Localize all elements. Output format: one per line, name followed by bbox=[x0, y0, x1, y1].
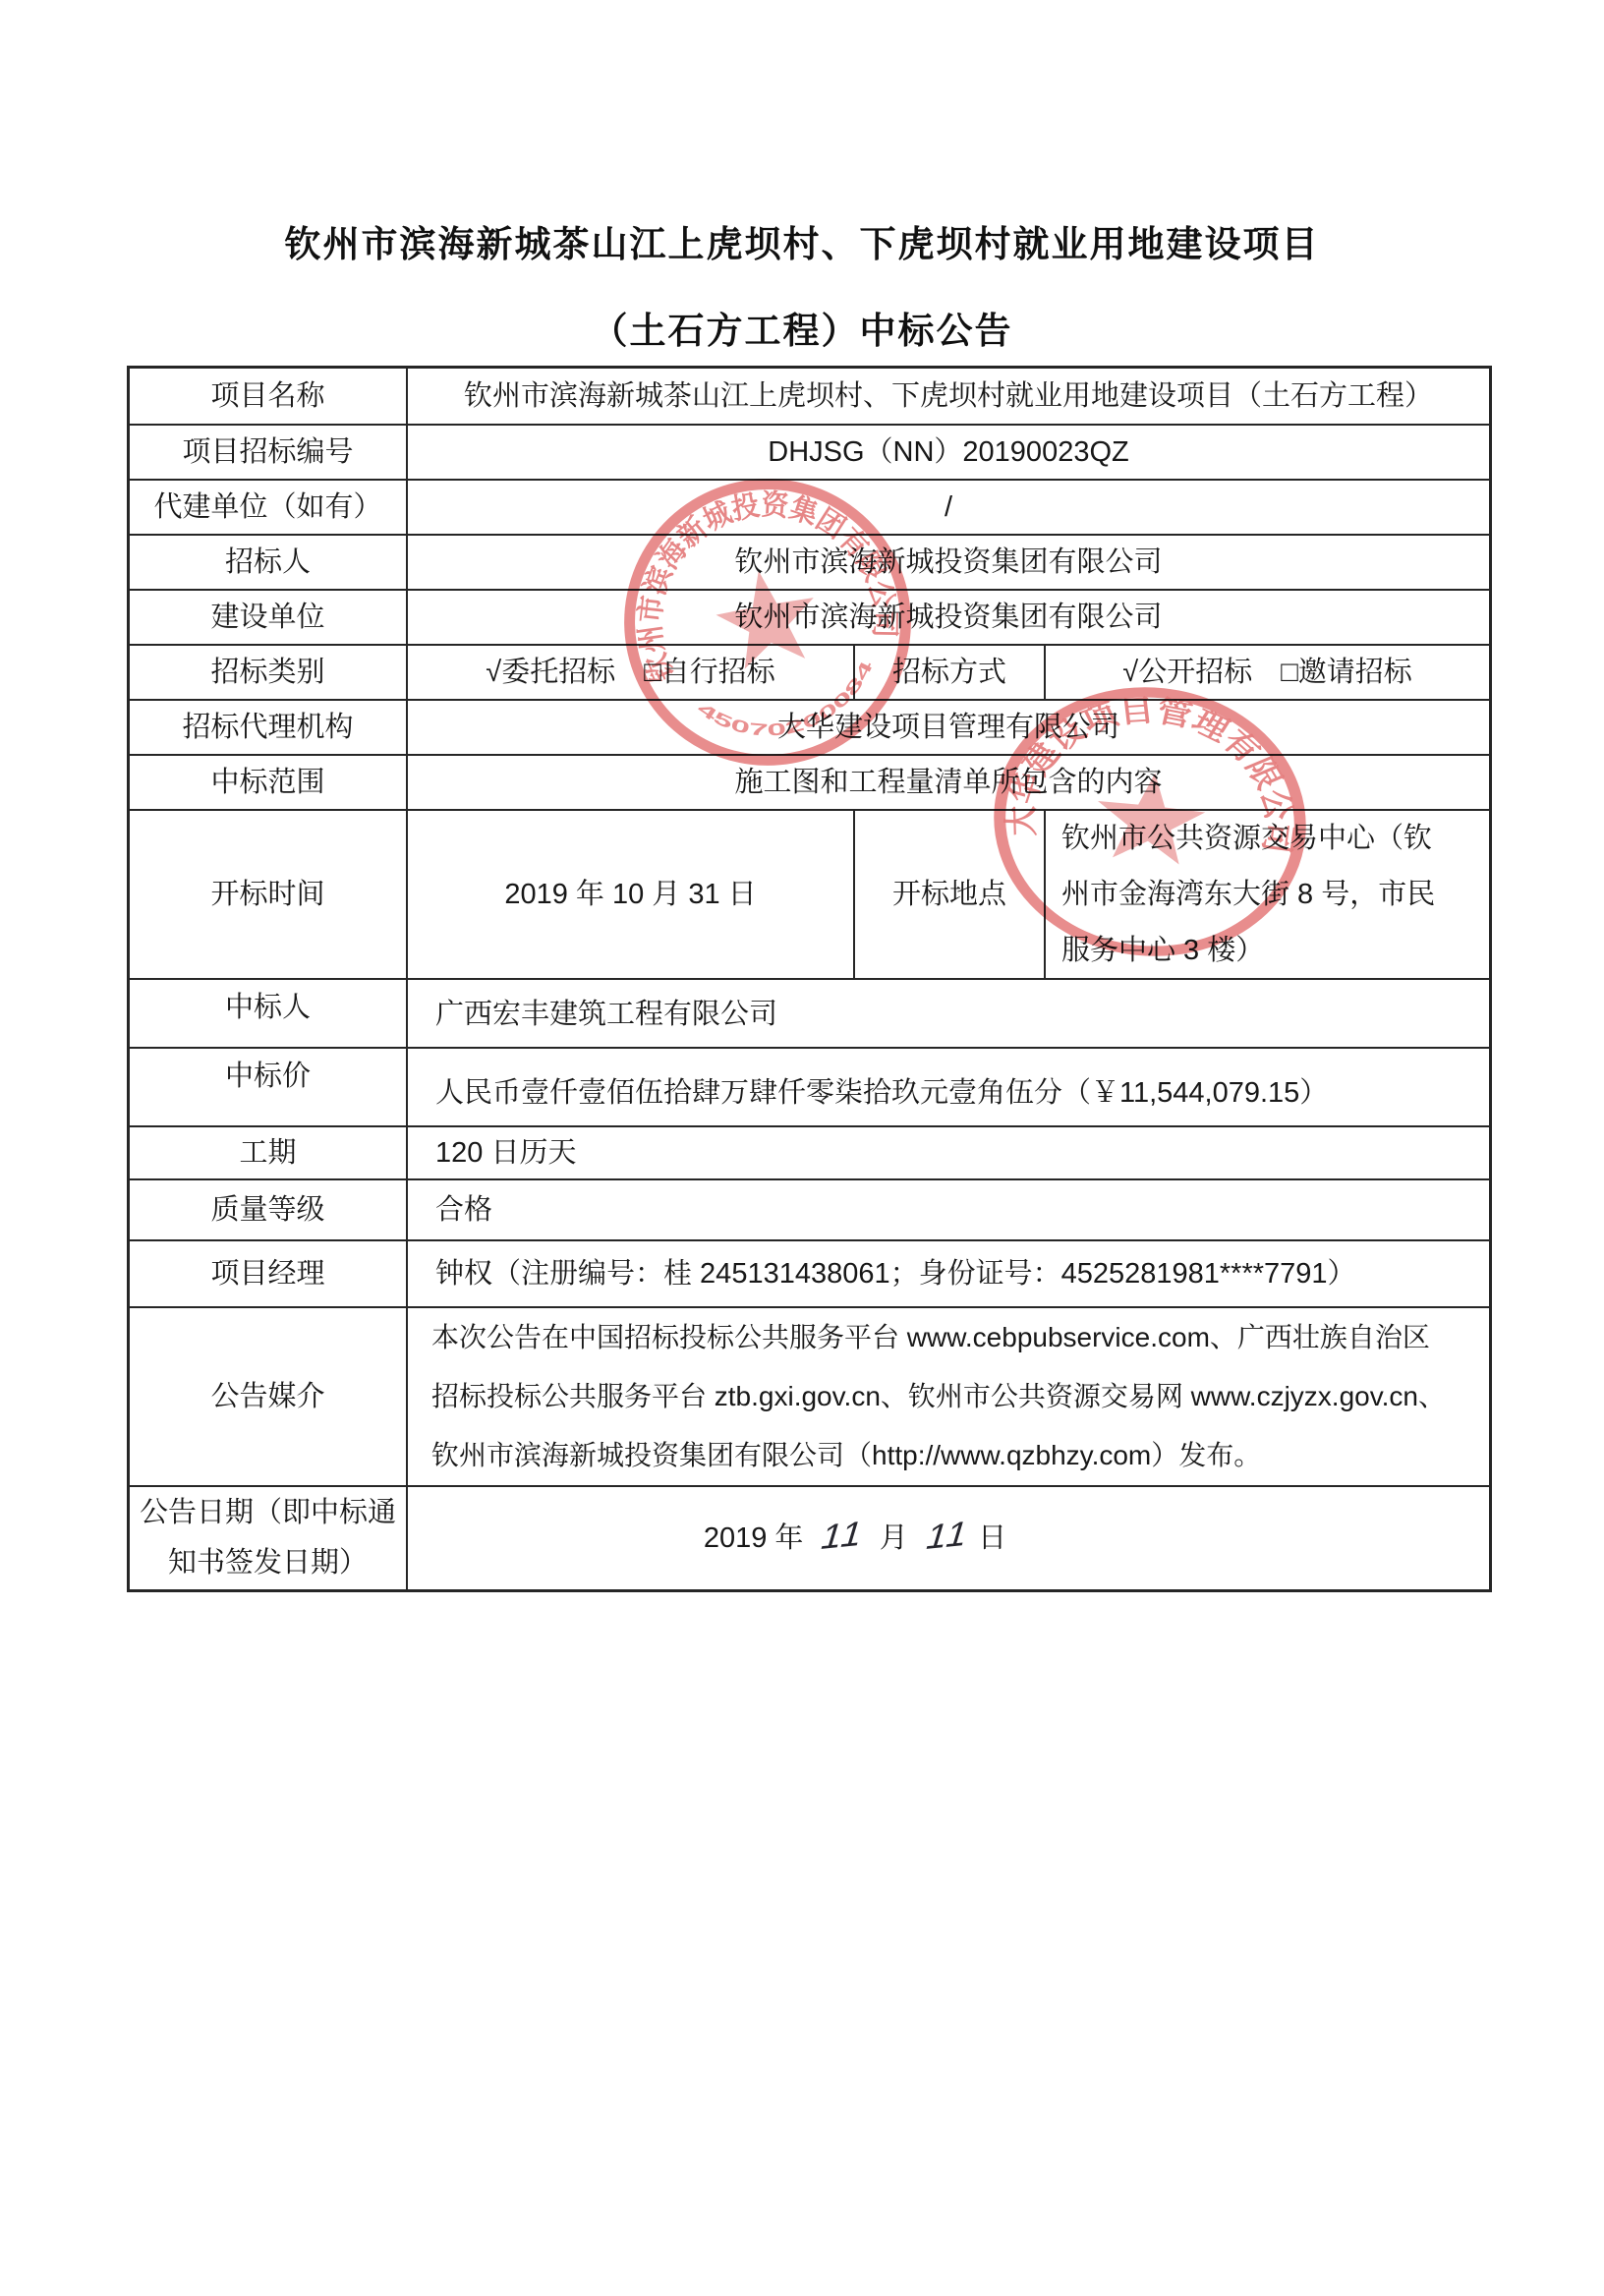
scanned-document-page: 钦州市滨海新城茶山江上虎坝村、下虎坝村就业用地建设项目 （土石方工程）中标公告 … bbox=[0, 0, 1604, 2296]
row-duration-label: 工期 bbox=[130, 1127, 406, 1178]
row-announcement-media-label: 公告媒介 bbox=[130, 1308, 406, 1485]
row-project-manager-label: 项目经理 bbox=[130, 1241, 406, 1306]
announcement-date-label-line2: 知书签发日期） bbox=[168, 1538, 368, 1588]
row-construction-unit: 建设单位 钦州市滨海新城投资集团有限公司 bbox=[130, 589, 1489, 644]
row-tender-category-label: 招标类别 bbox=[130, 646, 406, 699]
row-award-scope-label: 中标范围 bbox=[130, 756, 406, 809]
handwritten-day: 11 bbox=[920, 1509, 977, 1562]
row-award-scope-value: 施工图和工程量清单所包含的内容 bbox=[406, 756, 1489, 809]
row-award-scope: 中标范围 施工图和工程量清单所包含的内容 bbox=[130, 754, 1489, 809]
row-winning-bidder-value: 广西宏丰建筑工程有限公司 bbox=[406, 980, 1489, 1047]
media-line1: 本次公告在中国招标投标公共服务平台 www.cebpubservice.com、… bbox=[431, 1308, 1430, 1367]
row-tender-number-value: DHJSG（NN）20190023QZ bbox=[406, 426, 1489, 479]
row-tenderer-value: 钦州市滨海新城投资集团有限公司 bbox=[406, 536, 1489, 589]
row-project-manager-value: 钟权（注册编号：桂 245131438061；身份证号：4525281981**… bbox=[406, 1241, 1489, 1306]
row-winning-price-value: 人民币壹仟壹佰伍拾肆万肆仟零柒拾玖元壹角伍分（￥11,544,079.15） bbox=[406, 1049, 1489, 1125]
tender-method-options: √公开招标 □邀请招标 bbox=[1044, 646, 1489, 699]
row-agent-build-unit-value: / bbox=[406, 481, 1489, 534]
date-month-label: 月 bbox=[880, 1519, 908, 1559]
row-tender-agency: 招标代理机构 大华建设项目管理有限公司 bbox=[130, 699, 1489, 754]
row-announcement-date: 公告日期（即中标通 知书签发日期） 2019 年 11 月 11 日 bbox=[130, 1485, 1489, 1589]
row-winning-bidder-label: 中标人 bbox=[130, 980, 406, 1047]
document-title-line2: （土石方工程）中标公告 bbox=[0, 301, 1604, 354]
row-project-name: 项目名称 钦州市滨海新城茶山江上虎坝村、下虎坝村就业用地建设项目（土石方工程） bbox=[130, 369, 1489, 424]
row-duration: 工期 120 日历天 bbox=[130, 1125, 1489, 1178]
row-tenderer: 招标人 钦州市滨海新城投资集团有限公司 bbox=[130, 534, 1489, 589]
row-construction-unit-value: 钦州市滨海新城投资集团有限公司 bbox=[406, 591, 1489, 644]
row-announcement-media: 公告媒介 本次公告在中国招标投标公共服务平台 www.cebpubservice… bbox=[130, 1306, 1489, 1485]
row-winning-price: 中标价 人民币壹仟壹佰伍拾肆万肆仟零柒拾玖元壹角伍分（￥11,544,079.1… bbox=[130, 1047, 1489, 1125]
bid-opening-time-label: 开标时间 bbox=[130, 811, 406, 978]
bid-opening-place-line1: 钦州市公共资源交易中心（钦 bbox=[1061, 811, 1432, 867]
announcement-table: 项目名称 钦州市滨海新城茶山江上虎坝村、下虎坝村就业用地建设项目（土石方工程） … bbox=[127, 366, 1492, 1592]
tender-category-options: √委托招标 □自行招标 bbox=[406, 646, 853, 699]
document-title-line1: 钦州市滨海新城茶山江上虎坝村、下虎坝村就业用地建设项目 bbox=[0, 214, 1604, 267]
row-tender-category: 招标类别 √委托招标 □自行招标 招标方式 √公开招标 □邀请招标 bbox=[130, 644, 1489, 699]
row-winning-price-label: 中标价 bbox=[130, 1049, 406, 1125]
row-tender-agency-label: 招标代理机构 bbox=[130, 701, 406, 754]
row-quality-grade-value: 合格 bbox=[406, 1180, 1489, 1239]
row-tenderer-label: 招标人 bbox=[130, 536, 406, 589]
bid-opening-time-value: 2019 年 10 月 31 日 bbox=[406, 811, 853, 978]
row-project-manager: 项目经理 钟权（注册编号：桂 245131438061；身份证号：4525281… bbox=[130, 1239, 1489, 1306]
row-announcement-media-value: 本次公告在中国招标投标公共服务平台 www.cebpubservice.com、… bbox=[406, 1308, 1489, 1485]
row-tender-number-label: 项目招标编号 bbox=[130, 426, 406, 479]
row-bid-opening: 开标时间 2019 年 10 月 31 日 开标地点 钦州市公共资源交易中心（钦… bbox=[130, 809, 1489, 978]
media-line3: 钦州市滨海新城投资集团有限公司（http://www.qzbhzy.com）发布… bbox=[431, 1426, 1261, 1485]
row-tender-number: 项目招标编号 DHJSG（NN）20190023QZ bbox=[130, 424, 1489, 479]
row-duration-value: 120 日历天 bbox=[406, 1127, 1489, 1178]
row-agent-build-unit: 代建单位（如有） / bbox=[130, 479, 1489, 534]
bid-opening-place-line2: 州市金海湾东大街 8 号，市民 bbox=[1061, 867, 1435, 923]
date-day-label: 日 bbox=[978, 1519, 1006, 1559]
row-construction-unit-label: 建设单位 bbox=[130, 591, 406, 644]
handwritten-month: 11 bbox=[815, 1509, 872, 1562]
row-announcement-date-label: 公告日期（即中标通 知书签发日期） bbox=[130, 1487, 406, 1589]
row-quality-grade: 质量等级 合格 bbox=[130, 1178, 1489, 1239]
bid-opening-place-value: 钦州市公共资源交易中心（钦 州市金海湾东大街 8 号，市民 服务中心 3 楼） bbox=[1044, 811, 1489, 978]
row-tender-agency-value: 大华建设项目管理有限公司 bbox=[406, 701, 1489, 754]
row-announcement-date-value: 2019 年 11 月 11 日 bbox=[406, 1487, 1489, 1589]
row-project-name-label: 项目名称 bbox=[130, 369, 406, 424]
announcement-date-label-line1: 公告日期（即中标通 bbox=[140, 1488, 396, 1538]
bid-opening-place-line3: 服务中心 3 楼） bbox=[1061, 923, 1264, 979]
row-winning-bidder: 中标人 广西宏丰建筑工程有限公司 bbox=[130, 978, 1489, 1047]
tender-method-label: 招标方式 bbox=[853, 646, 1044, 699]
row-project-name-value: 钦州市滨海新城茶山江上虎坝村、下虎坝村就业用地建设项目（土石方工程） bbox=[406, 369, 1489, 424]
media-line2: 招标投标公共服务平台 ztb.gxi.gov.cn、钦州市公共资源交易网 www… bbox=[431, 1367, 1446, 1426]
row-quality-grade-label: 质量等级 bbox=[130, 1180, 406, 1239]
date-year: 2019 年 bbox=[704, 1519, 804, 1559]
bid-opening-place-label: 开标地点 bbox=[853, 811, 1044, 978]
row-agent-build-unit-label: 代建单位（如有） bbox=[130, 481, 406, 534]
